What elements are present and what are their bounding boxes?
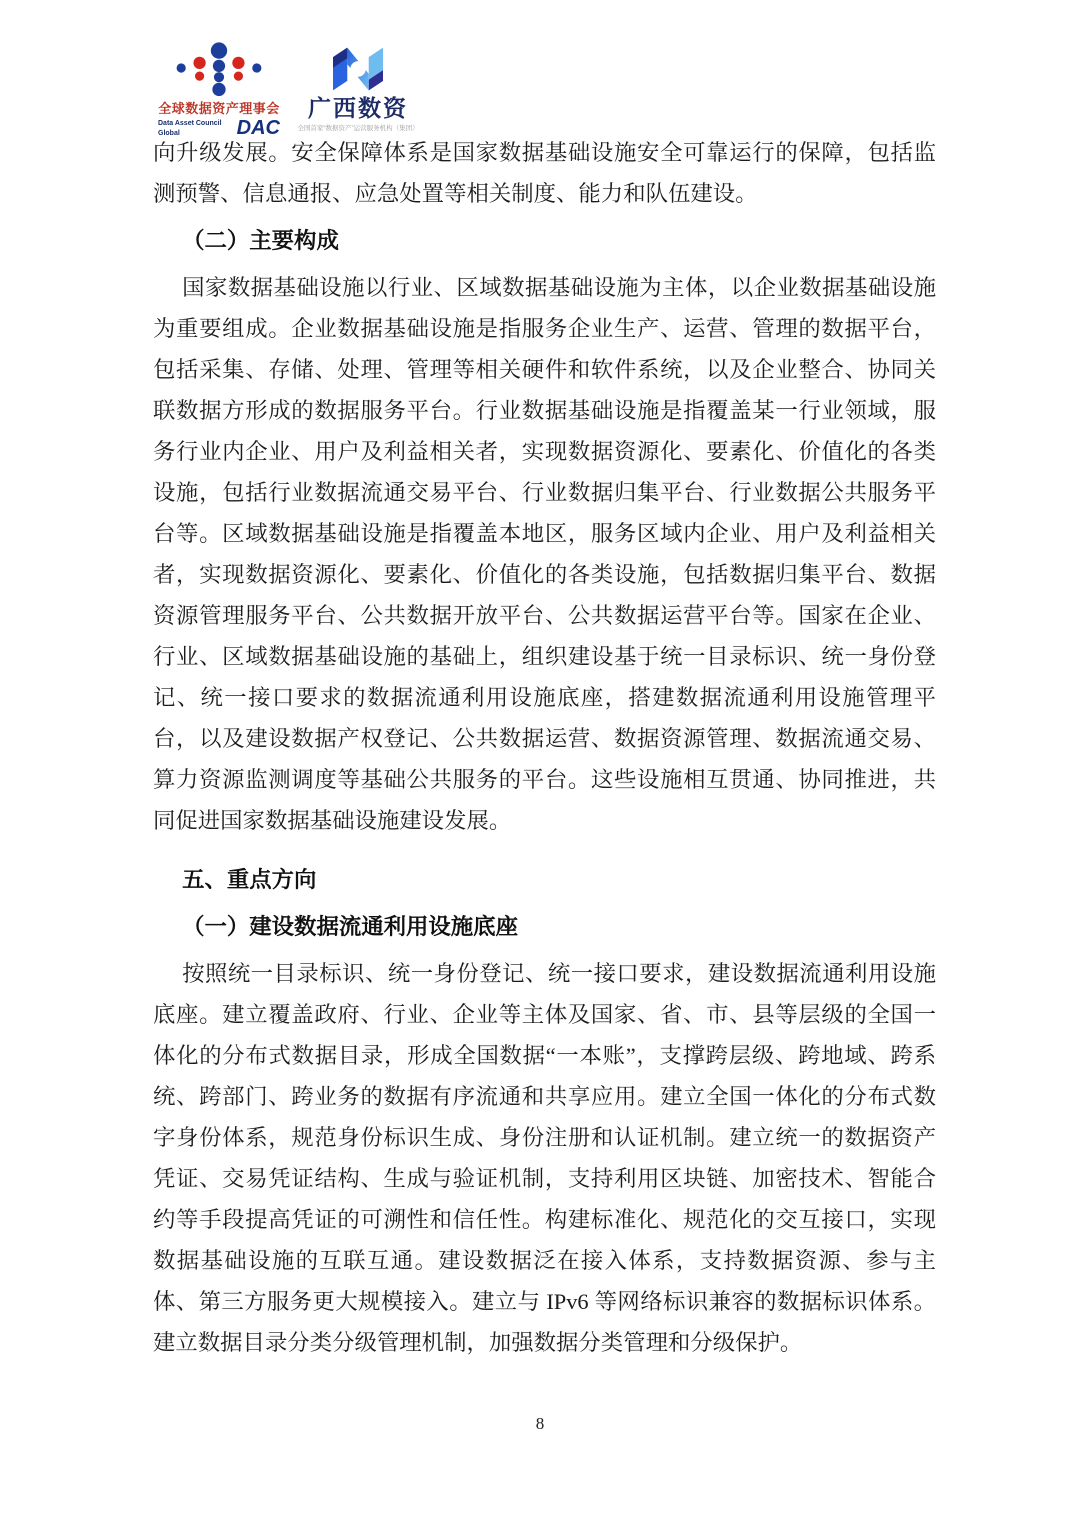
paragraph-key-direction: 按照统一目录标识、统一身份登记、统一接口要求，建设数据流通利用设施底座。建立覆盖… [153, 953, 936, 1363]
gx-name-cn: 广西数资 [296, 96, 420, 121]
document-page: 全球数据资产理事会 Data Asset Council Global DAC [0, 0, 1080, 1526]
dac-name-cn: 全球数据资产理事会 [158, 98, 280, 117]
gx-logo: 广西数资 全国首家“数据资产”运营服务机构（集团） [296, 42, 420, 132]
gx-n-icon [329, 44, 387, 94]
header-logos: 全球数据资产理事会 Data Asset Council Global DAC [158, 42, 420, 138]
heading-section-1: （一）建设数据流通利用设施底座 [153, 906, 936, 947]
heading-section-2: （二）主要构成 [153, 220, 936, 261]
dac-dots-icon [173, 42, 265, 96]
dac-logo: 全球数据资产理事会 Data Asset Council Global DAC [158, 42, 280, 138]
paragraph-main-composition: 国家数据基础设施以行业、区域数据基础设施为主体，以企业数据基础设施为重要组成。企… [153, 267, 936, 841]
heading-chapter-5: 五、重点方向 [153, 859, 936, 900]
page-number: 8 [0, 1414, 1080, 1434]
paragraph-continuation: 向升级发展。安全保障体系是国家数据基础设施安全可靠运行的保障，包括监测预警、信息… [153, 132, 936, 214]
gx-tagline: 全国首家“数据资产”运营服务机构（集团） [296, 123, 420, 132]
document-body: 向升级发展。安全保障体系是国家数据基础设施安全可靠运行的保障，包括监测预警、信息… [153, 132, 936, 1363]
